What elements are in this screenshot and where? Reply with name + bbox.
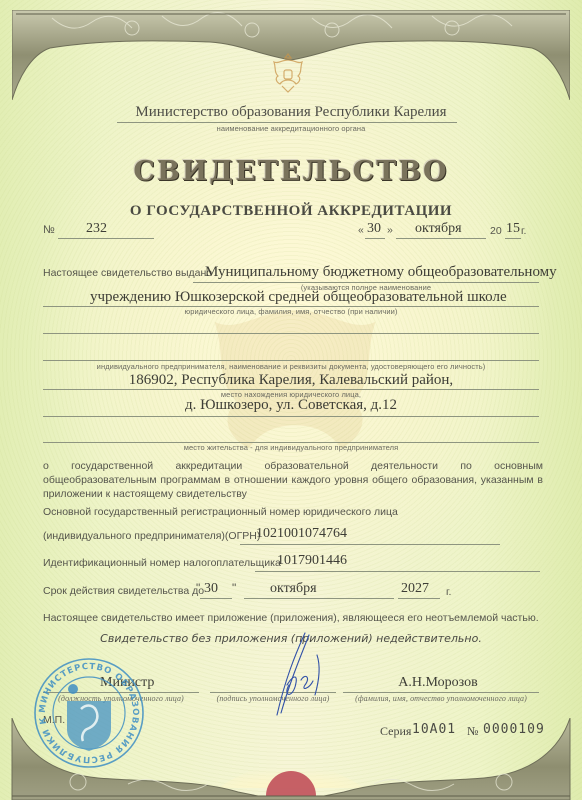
address-line-2: д. Юшкозеро, ул. Советская, д.12: [0, 397, 582, 414]
validity-year: 2027: [401, 581, 429, 597]
ogrn-label-2: (индивидуального предпринимателя)(ОГРН): [43, 530, 260, 542]
issue-century: 20: [490, 225, 502, 237]
issued-to-line-1: Муниципальному бюджетному общеобразовате…: [205, 264, 557, 281]
issue-year: 15: [506, 221, 520, 237]
address-rule-2: [43, 416, 539, 417]
validity-day: 30: [204, 581, 218, 597]
issued-to-hint-3: индивидуального предпринимателя, наимено…: [43, 362, 539, 371]
number-prefix: №: [43, 224, 55, 236]
certificate-subtitle: О ГОСУДАРСТВЕННОЙ АККРЕДИТАЦИИ: [0, 203, 582, 220]
ogrn-label-1: Основной государственный регистрационный…: [43, 506, 398, 518]
date-open-quote: «: [358, 224, 364, 236]
issue-year-rule: [505, 238, 521, 239]
accreditation-text: о государственной аккредитации образоват…: [43, 459, 543, 501]
name-rule: [343, 692, 539, 693]
issuer-name: Министерство образования Республики Каре…: [0, 104, 582, 121]
inn-value: 1017901446: [277, 553, 347, 569]
address-hint-2: место жительства - для индивидуального п…: [0, 443, 582, 452]
signer-name: А.Н.Морозов: [338, 675, 538, 691]
issued-to-label: Настоящее свидетельство выдано: [43, 267, 212, 279]
validity-day-rule: [200, 598, 232, 599]
name-hint: (фамилия, имя, отчество уполномоченного …: [343, 694, 539, 703]
validity-suffix: г.: [446, 586, 451, 598]
issue-day-rule: [365, 238, 385, 239]
issuer-hint: наименование аккредитационного органа: [0, 124, 582, 133]
validity-close-quote: ": [232, 581, 236, 595]
inn-label: Идентификационный номер налогоплательщик…: [43, 557, 281, 569]
ornamental-border-bottom: [8, 718, 574, 800]
validity-year-rule: [398, 598, 440, 599]
address-line-1: 186902, Республика Карелия, Калевальский…: [0, 372, 582, 389]
coat-of-arms-icon: [267, 50, 309, 96]
issue-month: октября: [415, 221, 462, 237]
issue-day: 30: [367, 221, 381, 237]
validity-month-rule: [244, 598, 394, 599]
appendix-note: Настоящее свидетельство имеет приложение…: [43, 612, 539, 624]
issued-to-line-2: учреждению Юшкозерской средней общеобраз…: [90, 289, 507, 306]
validity-label: Срок действия свидетельства до: [43, 585, 204, 597]
issue-month-rule: [396, 238, 486, 239]
certificate-number: 232: [86, 221, 107, 237]
issue-year-suffix: г.: [521, 225, 526, 237]
issued-to-hint-2: юридического лица, фамилия, имя, отчеств…: [43, 307, 539, 316]
issued-to-rule-4: [43, 360, 539, 361]
validity-month: октября: [270, 581, 317, 597]
date-close-quote: »: [387, 224, 393, 236]
ogrn-value: 1021001074764: [256, 526, 347, 542]
certificate-page: Министерство образования Республики Каре…: [0, 0, 582, 800]
ogrn-rule: [240, 544, 500, 545]
inn-rule: [255, 571, 540, 572]
signature-mark: [265, 625, 345, 725]
issuer-rule: [117, 122, 457, 123]
number-rule: [58, 238, 154, 239]
certificate-title: СВИДЕТЕЛЬСТВО: [0, 156, 582, 187]
issued-to-rule-3: [43, 333, 539, 334]
validity-open-quote: ": [196, 581, 200, 595]
